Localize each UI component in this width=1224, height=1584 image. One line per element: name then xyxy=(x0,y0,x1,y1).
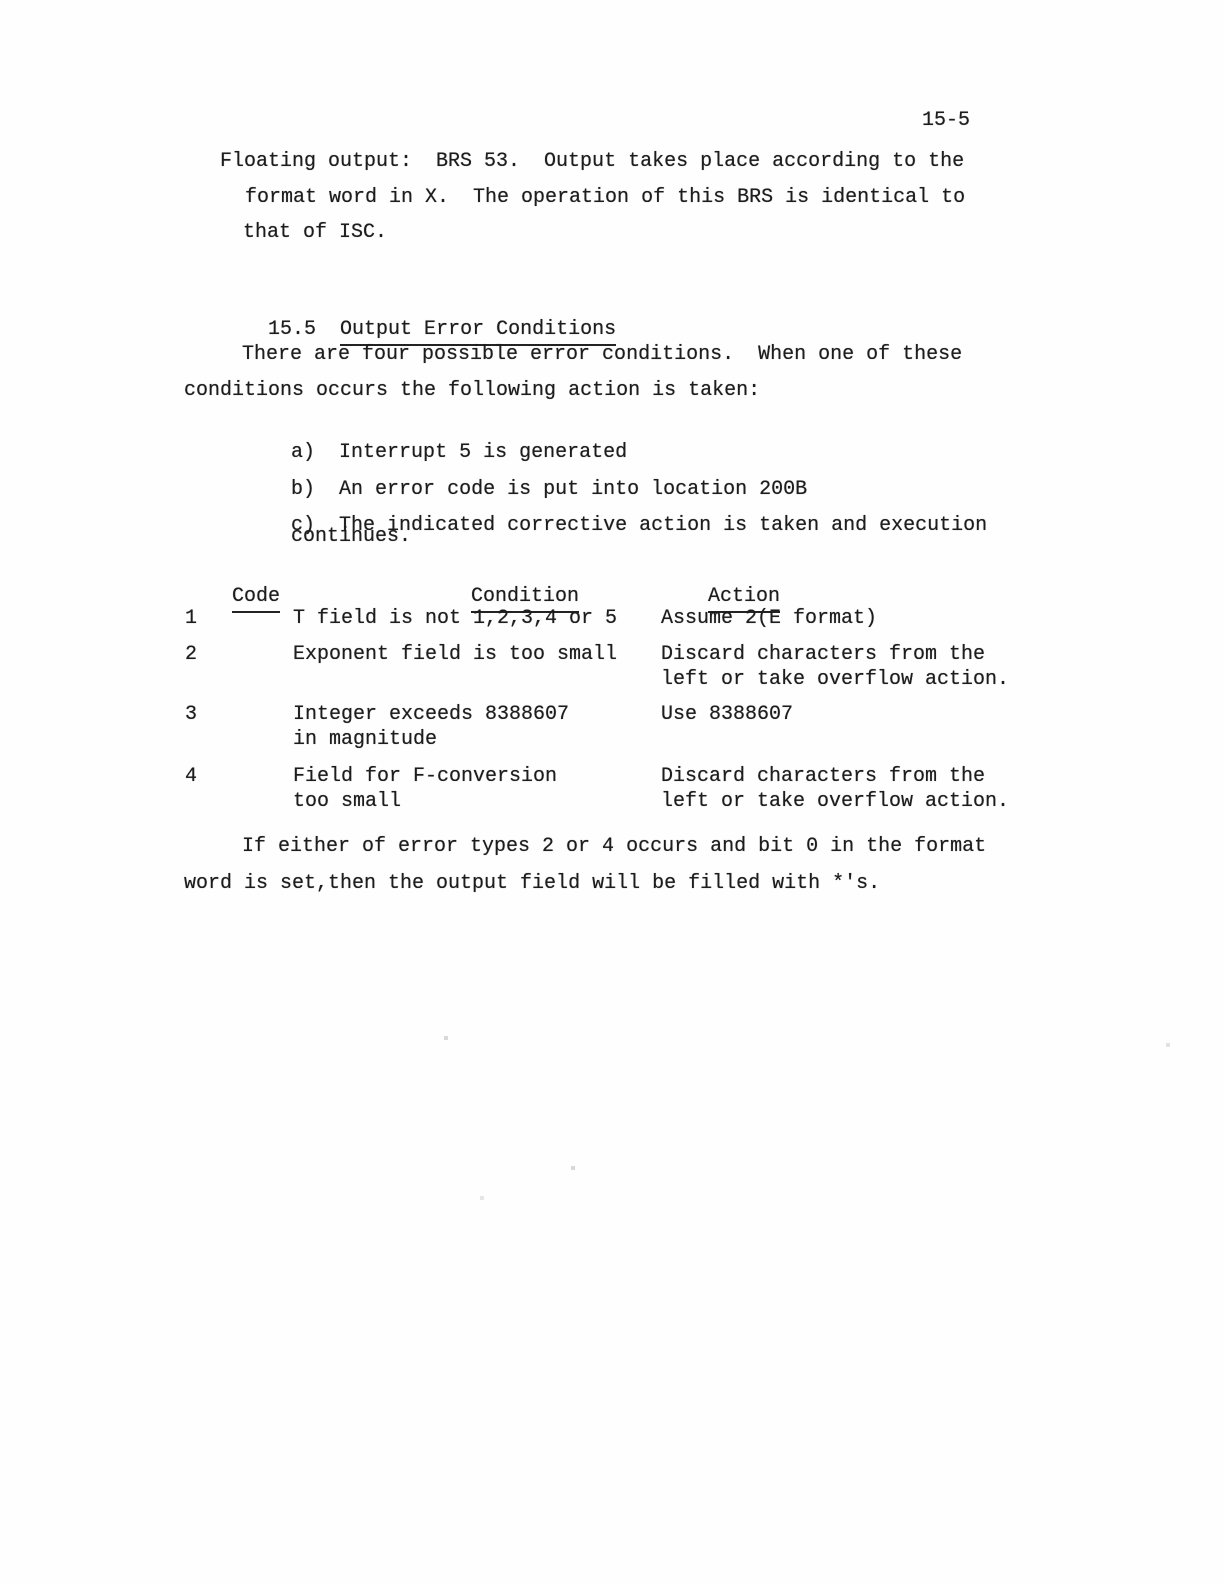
scan-speck xyxy=(1166,1043,1170,1047)
table-row-4-action: Discard characters from the left or take… xyxy=(661,764,1009,814)
table-row-4-condition: Field for F-conversion too small xyxy=(293,764,557,814)
table-row-2-condition: Exponent field is too small xyxy=(293,642,617,667)
table-row-4-code: 4 xyxy=(185,764,197,789)
intro-line-3: that of ISC. xyxy=(243,220,387,245)
table-header-code-label: Code xyxy=(232,584,280,613)
list-item-c-text: The indicated corrective action is taken… xyxy=(339,514,987,537)
table-row-3-condition: Integer exceeds 8388607 in magnitude xyxy=(293,702,569,752)
table-row-1-condition: T field is not 1,2,3,4 or 5 xyxy=(293,606,617,631)
intro-line-1: Floating output: BRS 53. Output takes pl… xyxy=(220,149,964,174)
table-row-3-action: Use 8388607 xyxy=(661,702,793,727)
closing-line-2: word is set,then the output field will b… xyxy=(184,871,880,896)
heading-gap xyxy=(316,318,340,341)
page-number: 15-5 xyxy=(922,108,970,133)
paragraph-line-1: There are four possible error conditions… xyxy=(242,342,962,367)
scan-speck xyxy=(480,1196,484,1200)
table-row-2-code: 2 xyxy=(185,642,197,667)
table-row-1-action: Assume 2(E format) xyxy=(661,606,877,631)
paragraph-line-2: conditions occurs the following action i… xyxy=(184,378,760,403)
table-row-3-code: 3 xyxy=(185,702,197,727)
document-page: 15-5 Floating output: BRS 53. Output tak… xyxy=(0,0,1224,1584)
intro-line-2: format word in X. The operation of this … xyxy=(245,185,965,210)
scan-speck xyxy=(571,1166,575,1170)
table-header-code: Code xyxy=(184,559,280,638)
closing-line-1: If either of error types 2 or 4 occurs a… xyxy=(242,834,986,859)
scan-speck xyxy=(444,1036,448,1040)
list-item-c-continuation: continues. xyxy=(291,524,411,549)
table-row-1-code: 1 xyxy=(185,606,197,631)
table-row-2-action: Discard characters from the left or take… xyxy=(661,642,1009,692)
section-number: 15.5 xyxy=(268,318,316,341)
